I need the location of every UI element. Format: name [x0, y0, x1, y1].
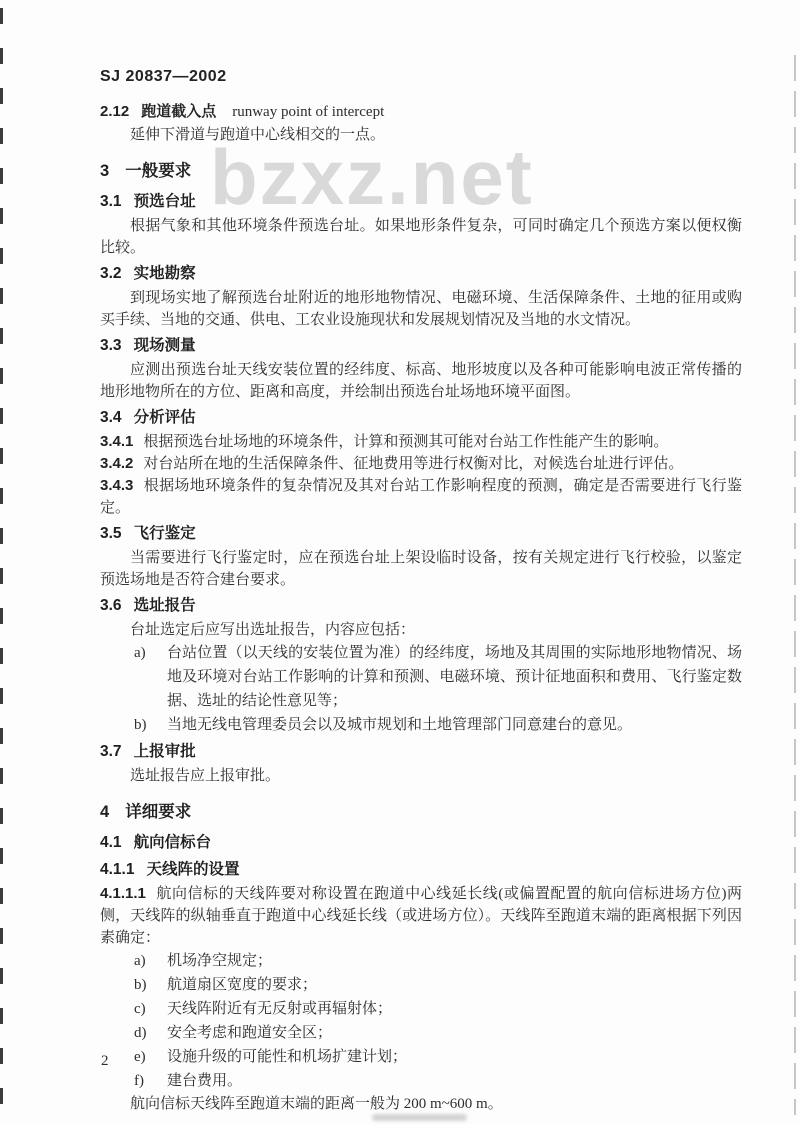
- list-text: 当地无线电管理委员会以及城市规划和土地管理部门同意建台的意见。: [167, 713, 632, 737]
- section-4-heading: 4详细要求: [100, 799, 742, 825]
- term-definition: 延伸下滑道与跑道中心线相交的一点。: [100, 124, 742, 146]
- section-4-title: 详细要求: [125, 803, 191, 821]
- list-item-4-d: d) 安全考虑和跑道安全区；: [134, 1021, 742, 1045]
- list-marker: d): [134, 1021, 167, 1045]
- section-3-number: 3: [100, 162, 109, 180]
- section-3-7-number: 3.7: [100, 743, 122, 760]
- list-marker: b): [134, 973, 167, 997]
- section-3-7-paragraph: 选址报告应上报审批。: [100, 765, 742, 787]
- section-3-title: 一般要求: [125, 162, 191, 180]
- section-3-2-title: 实地勘察: [134, 265, 196, 282]
- list-item-4-b: b) 航道扇区宽度的要求；: [134, 973, 742, 997]
- section-4-1-1-number: 4.1.1: [100, 861, 134, 878]
- section-4-1-number: 4.1: [100, 834, 122, 851]
- scan-smudge-bottom: [372, 1114, 467, 1121]
- section-3-6-heading: 3.6选址报告: [100, 594, 742, 618]
- clause-4-note: 航向信标天线阵至跑道末端的距离一般为 200 m~600 m。: [100, 1093, 742, 1115]
- scan-edge-marks-right: [794, 55, 796, 1115]
- list-marker: f): [134, 1069, 167, 1093]
- clause-4-1-1-1-number: 4.1.1.1: [100, 885, 146, 902]
- section-3-1-paragraph: 根据气象和其他环境条件预选台址。如果地形条件复杂，可同时确定几个预选方案以便权衡…: [100, 215, 742, 259]
- clause-3-4-1: 3.4.1根据预选台址场地的环境条件，计算和预测其可能对台站工作性能产生的影响。: [100, 431, 742, 453]
- page-content: SJ 20837—2002 2.12跑道截入点runway point of i…: [100, 0, 742, 1115]
- section-3-1-heading: 3.1预选台址: [100, 190, 742, 214]
- section-3-7-heading: 3.7上报审批: [100, 740, 742, 764]
- list-text: 设施升级的可能性和机场扩建计划；: [167, 1045, 407, 1069]
- term-number: 2.12: [100, 103, 129, 120]
- section-3-2-heading: 3.2实地勘察: [100, 262, 742, 286]
- clause-3-4-3-number: 3.4.3: [100, 477, 133, 494]
- section-3-7-title: 上报审批: [134, 743, 196, 760]
- section-3-3-heading: 3.3现场测量: [100, 334, 742, 358]
- clause-4-1-1-1: 4.1.1.1航向信标的天线阵要对称设置在跑道中心线延长线(或偏置配置的航向信标…: [100, 883, 742, 949]
- list-item-4-a: a) 机场净空规定；: [134, 949, 742, 973]
- scan-binding-marks-left: [0, 8, 3, 1113]
- document-page: bzxz.net SJ 20837—2002 2.12跑道截入点runway p…: [0, 0, 800, 1125]
- section-3-6-title: 选址报告: [134, 597, 196, 614]
- term-title-en: runway point of intercept: [232, 104, 384, 120]
- list-text: 航道扇区宽度的要求；: [167, 973, 317, 997]
- clause-3-4-2-text: 对台站所在地的生活保障条件、征地费用等进行权衡对比，对候选台址进行评估。: [143, 456, 683, 472]
- list-marker: e): [134, 1045, 167, 1069]
- list-marker: a): [134, 641, 167, 713]
- list-marker: c): [134, 997, 167, 1021]
- list-text: 建台费用。: [167, 1069, 242, 1093]
- list-text: 天线阵附近有无反射或再辐射体；: [167, 997, 392, 1021]
- section-3-heading: 3一般要求: [100, 158, 742, 184]
- section-3-2-number: 3.2: [100, 265, 122, 282]
- section-3-4-heading: 3.4分析评估: [100, 406, 742, 430]
- section-3-3-title: 现场测量: [134, 337, 196, 354]
- section-3-6-number: 3.6: [100, 597, 122, 614]
- section-3-5-heading: 3.5飞行鉴定: [100, 522, 742, 546]
- clause-4-1-1-1-text: 航向信标的天线阵要对称设置在跑道中心线延长线(或偏置配置的航向信标进场方位)两侧…: [100, 886, 742, 946]
- section-3-1-title: 预选台址: [134, 193, 196, 210]
- term-2-12-heading: 2.12跑道截入点runway point of intercept: [100, 100, 742, 124]
- standard-number: SJ 20837—2002: [100, 66, 742, 88]
- section-3-2-paragraph: 到现场实地了解预选台址附近的地形地物情况、电磁环境、生活保障条件、土地的征用或购…: [100, 287, 742, 331]
- list-marker: b): [134, 713, 167, 737]
- list-item-3-6-b: b) 当地无线电管理委员会以及城市规划和土地管理部门同意建台的意见。: [134, 713, 742, 737]
- list-item-4-c: c) 天线阵附近有无反射或再辐射体；: [134, 997, 742, 1021]
- page-number: 2: [101, 1053, 109, 1070]
- clause-3-4-1-number: 3.4.1: [100, 433, 133, 450]
- list-item-4-f: f) 建台费用。: [134, 1069, 742, 1093]
- section-4-1-title: 航向信标台: [134, 834, 212, 851]
- section-4-1-heading: 4.1航向信标台: [100, 831, 742, 855]
- section-3-5-number: 3.5: [100, 525, 122, 542]
- section-4-1-1-title: 天线阵的设置: [146, 861, 239, 878]
- section-3-4-title: 分析评估: [134, 409, 196, 426]
- clause-3-4-3: 3.4.3根据场地环境条件的复杂情况及其对台站工作影响程度的预测，确定是否需要进…: [100, 475, 742, 519]
- section-3-3-paragraph: 应测出预选台址天线安装位置的经纬度、标高、地形坡度以及各种可能影响电波正常传播的…: [100, 359, 742, 403]
- list-text: 安全考虑和跑道安全区；: [167, 1021, 332, 1045]
- clause-3-4-1-text: 根据预选台址场地的环境条件，计算和预测其可能对台站工作性能产生的影响。: [143, 434, 668, 450]
- section-4-number: 4: [100, 803, 109, 821]
- list-item-4-e: e) 设施升级的可能性和机场扩建计划；: [134, 1045, 742, 1069]
- section-3-4-number: 3.4: [100, 409, 122, 426]
- clause-3-4-2: 3.4.2对台站所在地的生活保障条件、征地费用等进行权衡对比，对候选台址进行评估…: [100, 453, 742, 475]
- term-title-zh: 跑道截入点: [141, 103, 216, 120]
- section-3-5-title: 飞行鉴定: [134, 525, 196, 542]
- section-3-5-paragraph: 当需要进行飞行鉴定时，应在预选台址上架设临时设备，按有关规定进行飞行校验，以鉴定…: [100, 547, 742, 591]
- list-marker: a): [134, 949, 167, 973]
- list-item-3-6-a: a) 台站位置（以天线的安装位置为准）的经纬度，场地及其周围的实际地形地物情况、…: [134, 641, 742, 713]
- list-text: 机场净空规定；: [167, 949, 272, 973]
- section-3-3-number: 3.3: [100, 337, 122, 354]
- list-text: 台站位置（以天线的安装位置为准）的经纬度，场地及其周围的实际地形地物情况、场地及…: [167, 641, 742, 713]
- clause-3-4-3-text: 根据场地环境条件的复杂情况及其对台站工作影响程度的预测，确定是否需要进行飞行鉴定…: [100, 478, 742, 516]
- clause-3-4-2-number: 3.4.2: [100, 455, 133, 472]
- section-3-6-intro: 台址选定后应写出选址报告，内容应包括：: [100, 619, 742, 641]
- section-3-1-number: 3.1: [100, 193, 122, 210]
- section-4-1-1-heading: 4.1.1天线阵的设置: [100, 858, 742, 882]
